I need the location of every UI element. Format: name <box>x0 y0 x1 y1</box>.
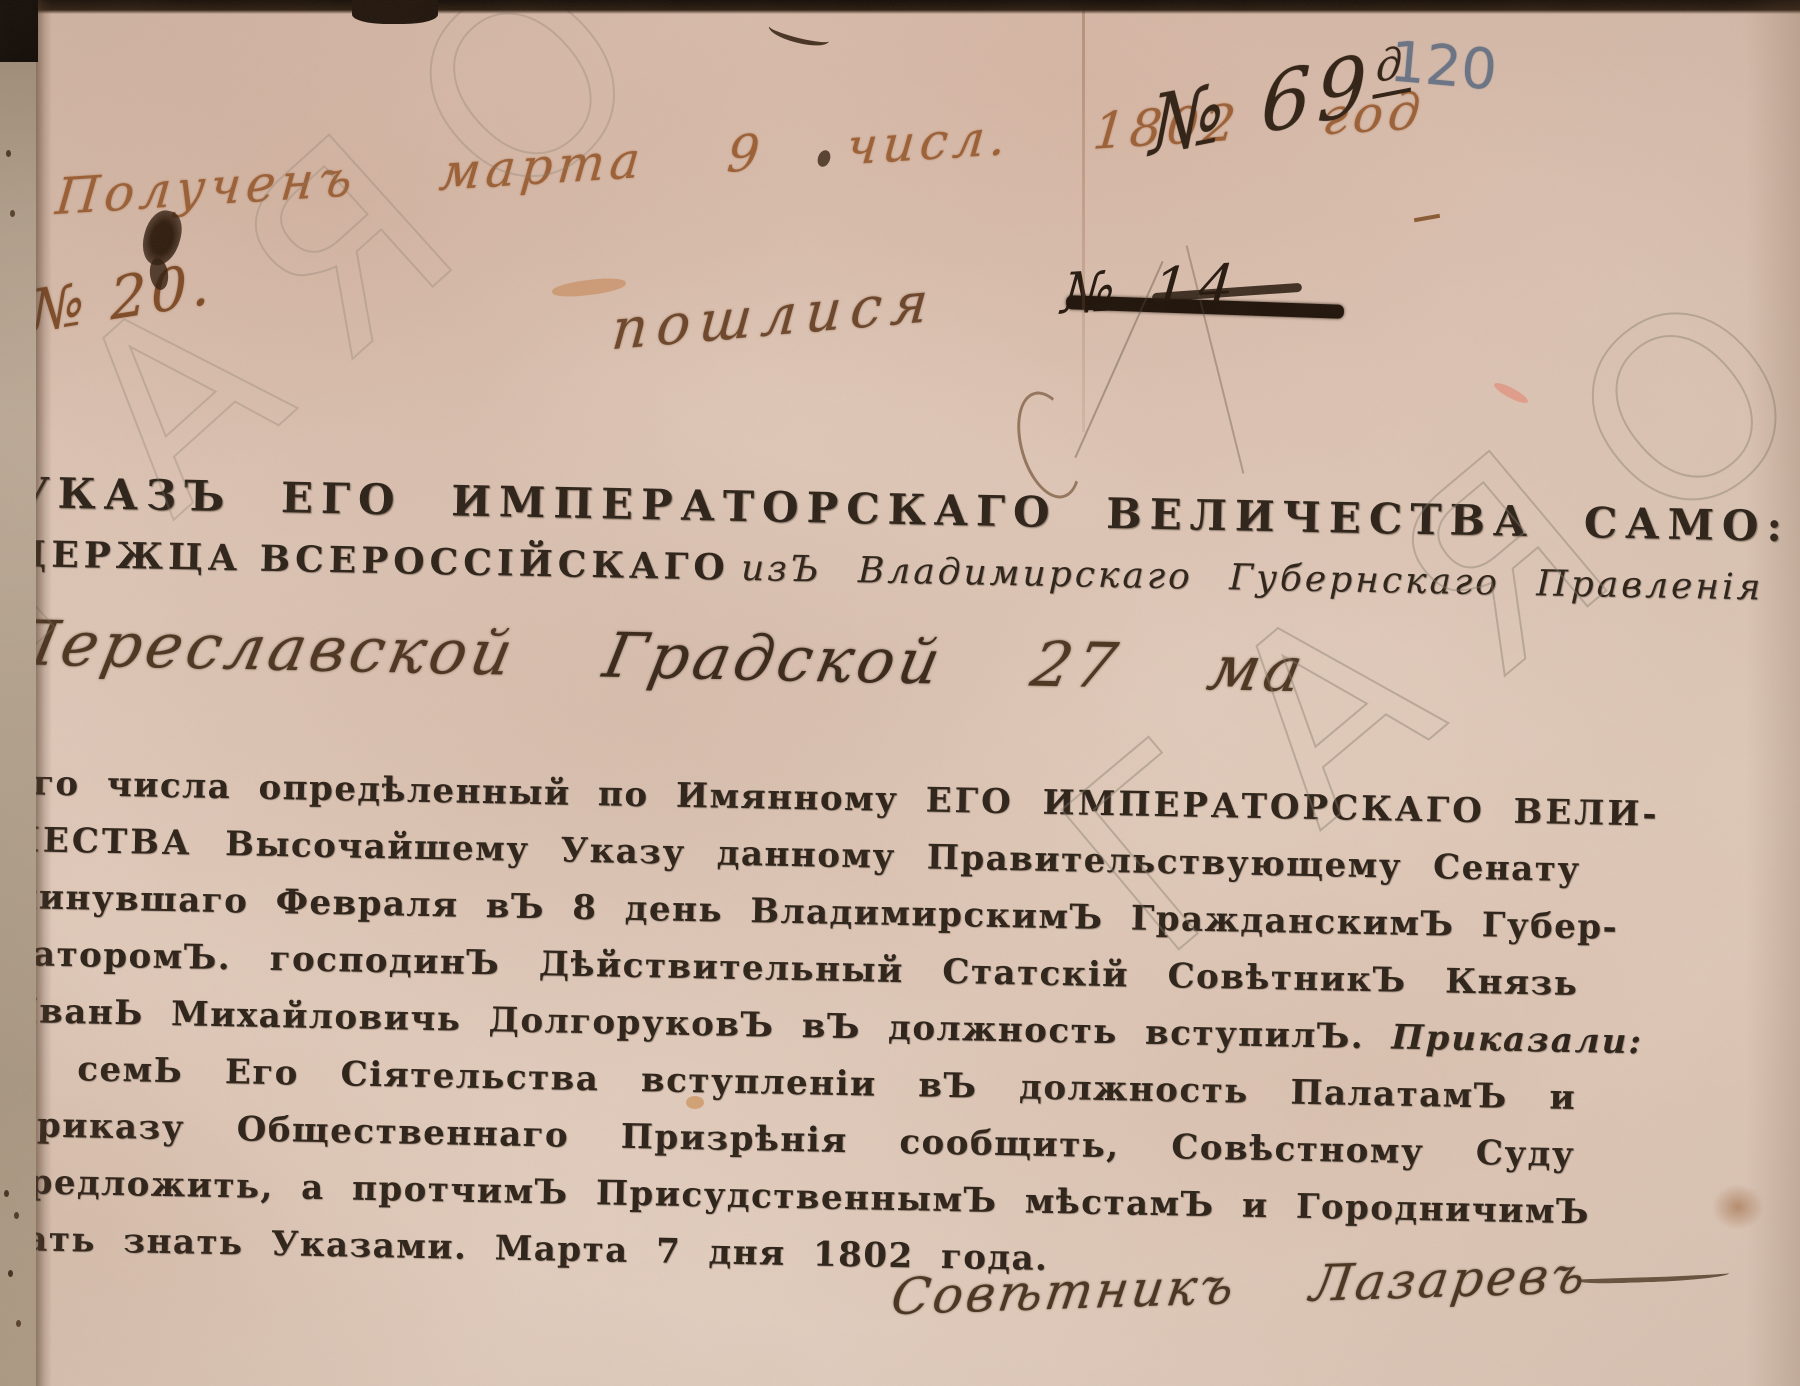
document-number: № 69д <box>1149 28 1411 174</box>
document-number-main: № 69 <box>1149 36 1373 174</box>
document-number-superscript: д <box>1372 35 1411 99</box>
register-number: № 20. <box>29 249 213 347</box>
photo-top-edge <box>0 0 1800 14</box>
body-text-italic: Приказали: <box>1391 1018 1643 1063</box>
pink-smear <box>1492 380 1530 407</box>
binding-dark-corner <box>0 0 38 62</box>
brown-stain <box>1712 1184 1764 1230</box>
signature-flourish <box>1578 1269 1730 1285</box>
rust-stain <box>551 276 626 300</box>
addressee-word: Градской <box>598 619 950 699</box>
binding-specks <box>6 150 11 157</box>
decree-title-line-1: УКАЗЪ ЕГО ИМПЕРАТОРСКАГО ВЕЛИЧЕСТВА САМО… <box>15 468 1561 547</box>
archival-document-page: ГАЯО ГАЯО УКАЗЪ ЕГО ИМПЕРАТОРСКАГО ВЕЛИЧ… <box>0 0 1800 1386</box>
decree-printed-text: УКАЗЪ ЕГО ИМПЕРАТОРСКАГО ВЕЛИЧЕСТВА САМО… <box>0 468 1605 1306</box>
paper-crease <box>1082 0 1085 432</box>
document-number-dash <box>1414 214 1440 222</box>
filing-note: пошлися <box>609 269 940 363</box>
addressee-word: 27 ма <box>1025 628 1312 706</box>
addressee-word: Переславской <box>0 606 522 689</box>
book-binding-strip <box>0 0 36 1386</box>
photo-top-edge-notch <box>352 0 438 24</box>
page-edge-shadow <box>36 0 52 1386</box>
ink-squiggle <box>767 17 832 50</box>
